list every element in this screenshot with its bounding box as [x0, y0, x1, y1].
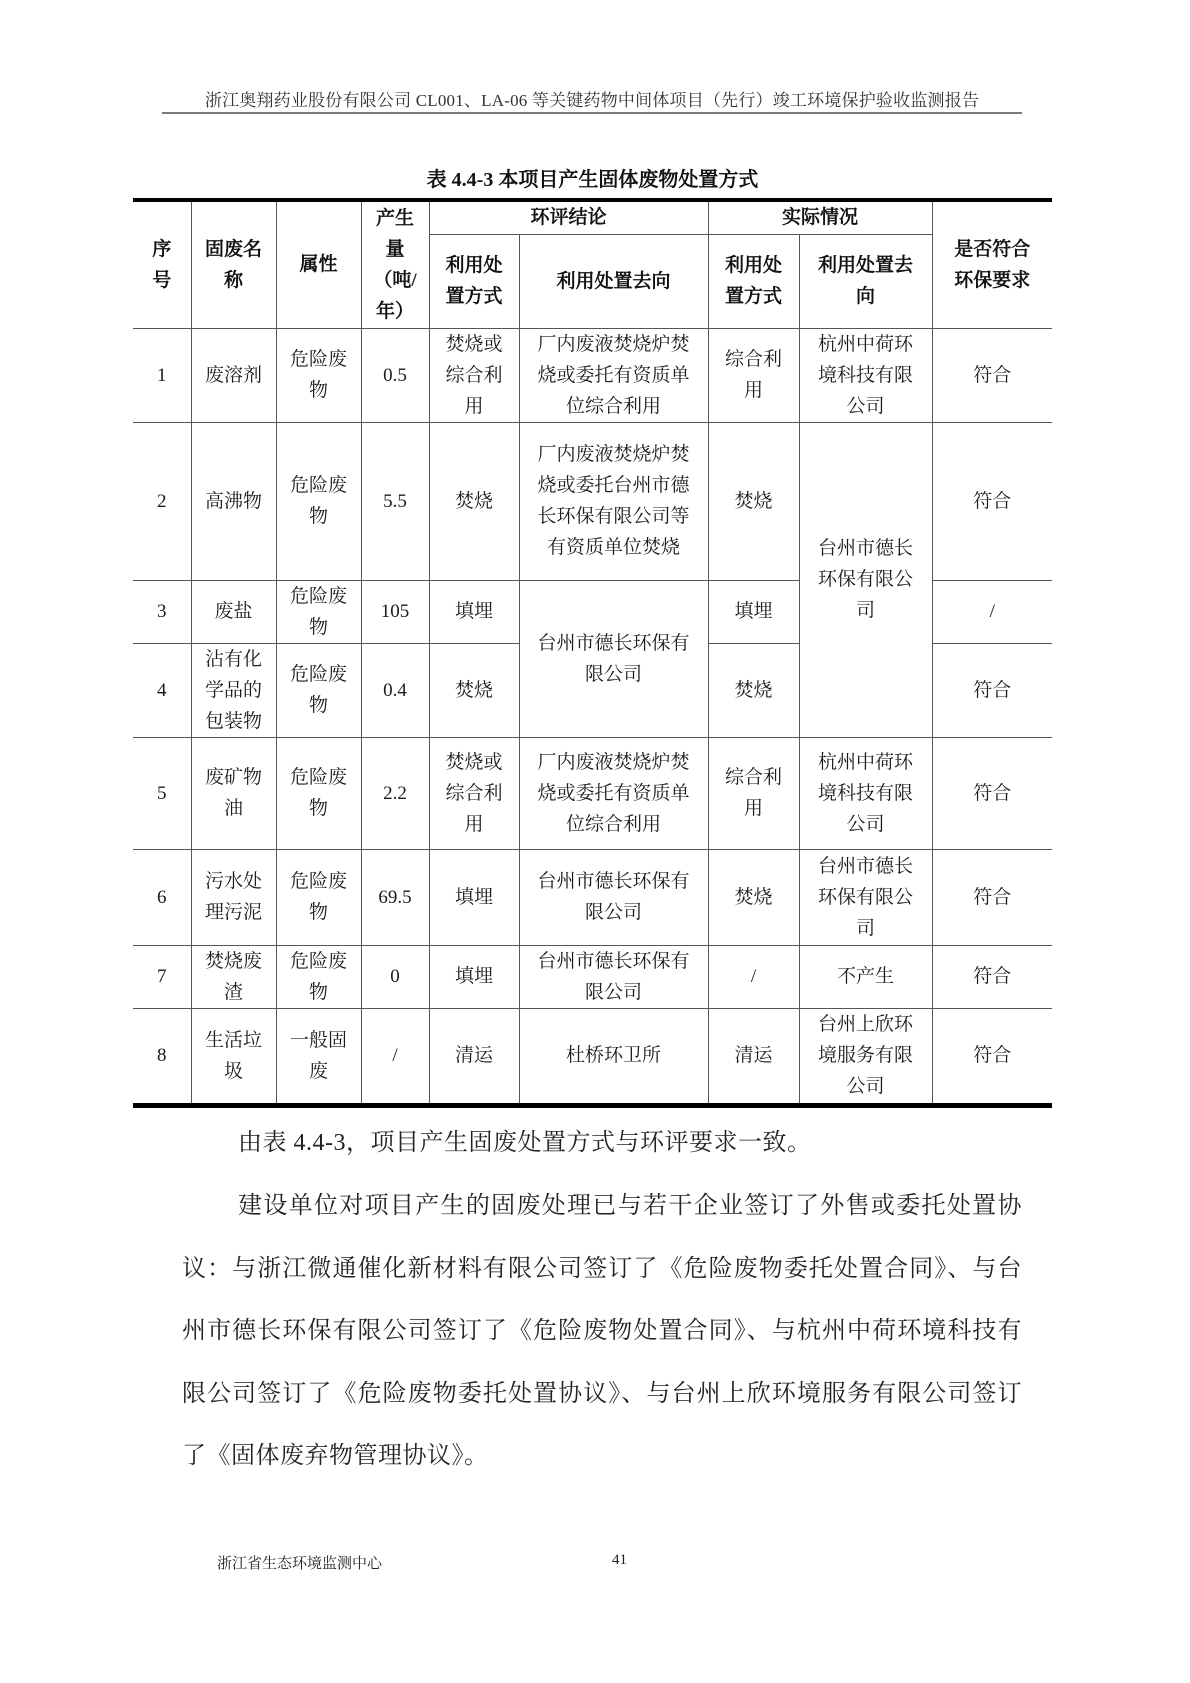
cell-eia-destination: 台州市德长环保有限公司	[519, 945, 708, 1008]
cell-eia-destination-merged: 台州市德长环保有限公司	[519, 580, 708, 737]
cell-eia-method: 填埋	[429, 945, 519, 1008]
cell-eia-method: 填埋	[429, 849, 519, 945]
table-row: 1 废溶剂 危险废物 0.5 焚烧或综合利用 厂内废液焚烧炉焚烧或委托有资质单位…	[133, 328, 1052, 422]
cell-name: 废矿物油	[191, 737, 276, 849]
table-row: 2 高沸物 危险废物 5.5 焚烧 厂内废液焚烧炉焚烧或委托台州市德长环保有限公…	[133, 422, 1052, 580]
cell-actual-method: 焚烧	[708, 643, 799, 737]
cell-attribute: 危险废物	[276, 945, 361, 1008]
cell-compliant: 符合	[932, 945, 1052, 1008]
cell-eia-method: 焚烧或综合利用	[429, 328, 519, 422]
cell-compliant: 符合	[932, 643, 1052, 737]
cell-actual-method: 清运	[708, 1008, 799, 1105]
cell-seq: 6	[133, 849, 191, 945]
header-eia-group: 环评结论	[429, 200, 708, 234]
cell-eia-method: 填埋	[429, 580, 519, 643]
cell-name: 废溶剂	[191, 328, 276, 422]
header-actual-destination: 利用处置去向	[799, 234, 932, 328]
cell-actual-method: 焚烧	[708, 422, 799, 580]
cell-compliant: 符合	[932, 849, 1052, 945]
cell-amount: 105	[361, 580, 429, 643]
header-amount: 产生量（吨/年）	[361, 200, 429, 328]
cell-attribute: 危险废物	[276, 328, 361, 422]
cell-actual-method: 综合利用	[708, 328, 799, 422]
cell-actual-destination: 台州上欣环境服务有限公司	[799, 1008, 932, 1105]
cell-compliant: 符合	[932, 1008, 1052, 1105]
cell-name: 沾有化学品的包装物	[191, 643, 276, 737]
cell-compliant: /	[932, 580, 1052, 643]
table-row: 6 污水处理污泥 危险废物 69.5 填埋 台州市德长环保有限公司 焚烧 台州市…	[133, 849, 1052, 945]
cell-name: 焚烧废渣	[191, 945, 276, 1008]
header-seq: 序号	[133, 200, 191, 328]
table-title: 表 4.4-3 本项目产生固体废物处置方式	[133, 163, 1052, 192]
cell-attribute: 危险废物	[276, 580, 361, 643]
cell-attribute: 一般固废	[276, 1008, 361, 1105]
cell-eia-destination: 台州市德长环保有限公司	[519, 849, 708, 945]
cell-attribute: 危险废物	[276, 737, 361, 849]
cell-seq: 4	[133, 643, 191, 737]
cell-amount: 0	[361, 945, 429, 1008]
cell-attribute: 危险废物	[276, 422, 361, 580]
cell-seq: 1	[133, 328, 191, 422]
cell-eia-method: 清运	[429, 1008, 519, 1105]
cell-seq: 8	[133, 1008, 191, 1105]
cell-actual-destination: 不产生	[799, 945, 932, 1008]
header-rule	[162, 112, 1022, 114]
header-name: 固废名称	[191, 200, 276, 328]
cell-compliant: 符合	[932, 328, 1052, 422]
header-actual-group: 实际情况	[708, 200, 932, 234]
cell-amount: 0.4	[361, 643, 429, 737]
cell-name: 生活垃圾	[191, 1008, 276, 1105]
cell-eia-destination: 厂内废液焚烧炉焚烧或委托有资质单位综合利用	[519, 737, 708, 849]
solid-waste-table: 序号 固废名称 属性 产生量（吨/年） 环评结论 实际情况 是否符合环保要求 利…	[133, 198, 1052, 1108]
cell-amount: 69.5	[361, 849, 429, 945]
running-header: 浙江奥翔药业股份有限公司 CL001、LA-06 等关键药物中间体项目（先行）竣…	[162, 86, 1022, 111]
paragraph-agreements: 建设单位对项目产生的固废处理已与若干企业签订了外售或委托处置协议：与浙江微通催化…	[182, 1175, 1022, 1488]
header-compliant: 是否符合环保要求	[932, 200, 1052, 328]
cell-eia-destination: 厂内废液焚烧炉焚烧或委托台州市德长环保有限公司等有资质单位焚烧	[519, 422, 708, 580]
cell-seq: 5	[133, 737, 191, 849]
cell-eia-method: 焚烧	[429, 643, 519, 737]
table-row: 5 废矿物油 危险废物 2.2 焚烧或综合利用 厂内废液焚烧炉焚烧或委托有资质单…	[133, 737, 1052, 849]
cell-actual-destination: 杭州中荷环境科技有限公司	[799, 328, 932, 422]
cell-actual-method: 综合利用	[708, 737, 799, 849]
footer-organization: 浙江省生态环境监测中心	[217, 1552, 382, 1573]
cell-name: 废盐	[191, 580, 276, 643]
cell-eia-method: 焚烧或综合利用	[429, 737, 519, 849]
cell-amount: /	[361, 1008, 429, 1105]
cell-compliant: 符合	[932, 737, 1052, 849]
cell-name: 污水处理污泥	[191, 849, 276, 945]
cell-eia-destination: 杜桥环卫所	[519, 1008, 708, 1105]
cell-attribute: 危险废物	[276, 849, 361, 945]
cell-name: 高沸物	[191, 422, 276, 580]
cell-seq: 7	[133, 945, 191, 1008]
cell-actual-method: 填埋	[708, 580, 799, 643]
paragraph-summary: 由表 4.4-3，项目产生固废处置方式与环评要求一致。	[182, 1112, 1022, 1175]
cell-actual-destination-merged: 台州市德长环保有限公司	[799, 422, 932, 737]
cell-actual-method: /	[708, 945, 799, 1008]
cell-seq: 2	[133, 422, 191, 580]
cell-eia-method: 焚烧	[429, 422, 519, 580]
header-attribute: 属性	[276, 200, 361, 328]
cell-eia-destination: 厂内废液焚烧炉焚烧或委托有资质单位综合利用	[519, 328, 708, 422]
cell-amount: 0.5	[361, 328, 429, 422]
table-row: 8 生活垃圾 一般固废 / 清运 杜桥环卫所 清运 台州上欣环境服务有限公司 符…	[133, 1008, 1052, 1105]
cell-seq: 3	[133, 580, 191, 643]
cell-compliant: 符合	[932, 422, 1052, 580]
cell-amount: 2.2	[361, 737, 429, 849]
page-number: 41	[612, 1552, 627, 1569]
header-actual-method: 利用处置方式	[708, 234, 799, 328]
cell-actual-destination: 杭州中荷环境科技有限公司	[799, 737, 932, 849]
cell-actual-method: 焚烧	[708, 849, 799, 945]
cell-amount: 5.5	[361, 422, 429, 580]
cell-attribute: 危险废物	[276, 643, 361, 737]
table-row: 7 焚烧废渣 危险废物 0 填埋 台州市德长环保有限公司 / 不产生 符合	[133, 945, 1052, 1008]
header-eia-method: 利用处置方式	[429, 234, 519, 328]
header-eia-destination: 利用处置去向	[519, 234, 708, 328]
cell-actual-destination: 台州市德长环保有限公司	[799, 849, 932, 945]
